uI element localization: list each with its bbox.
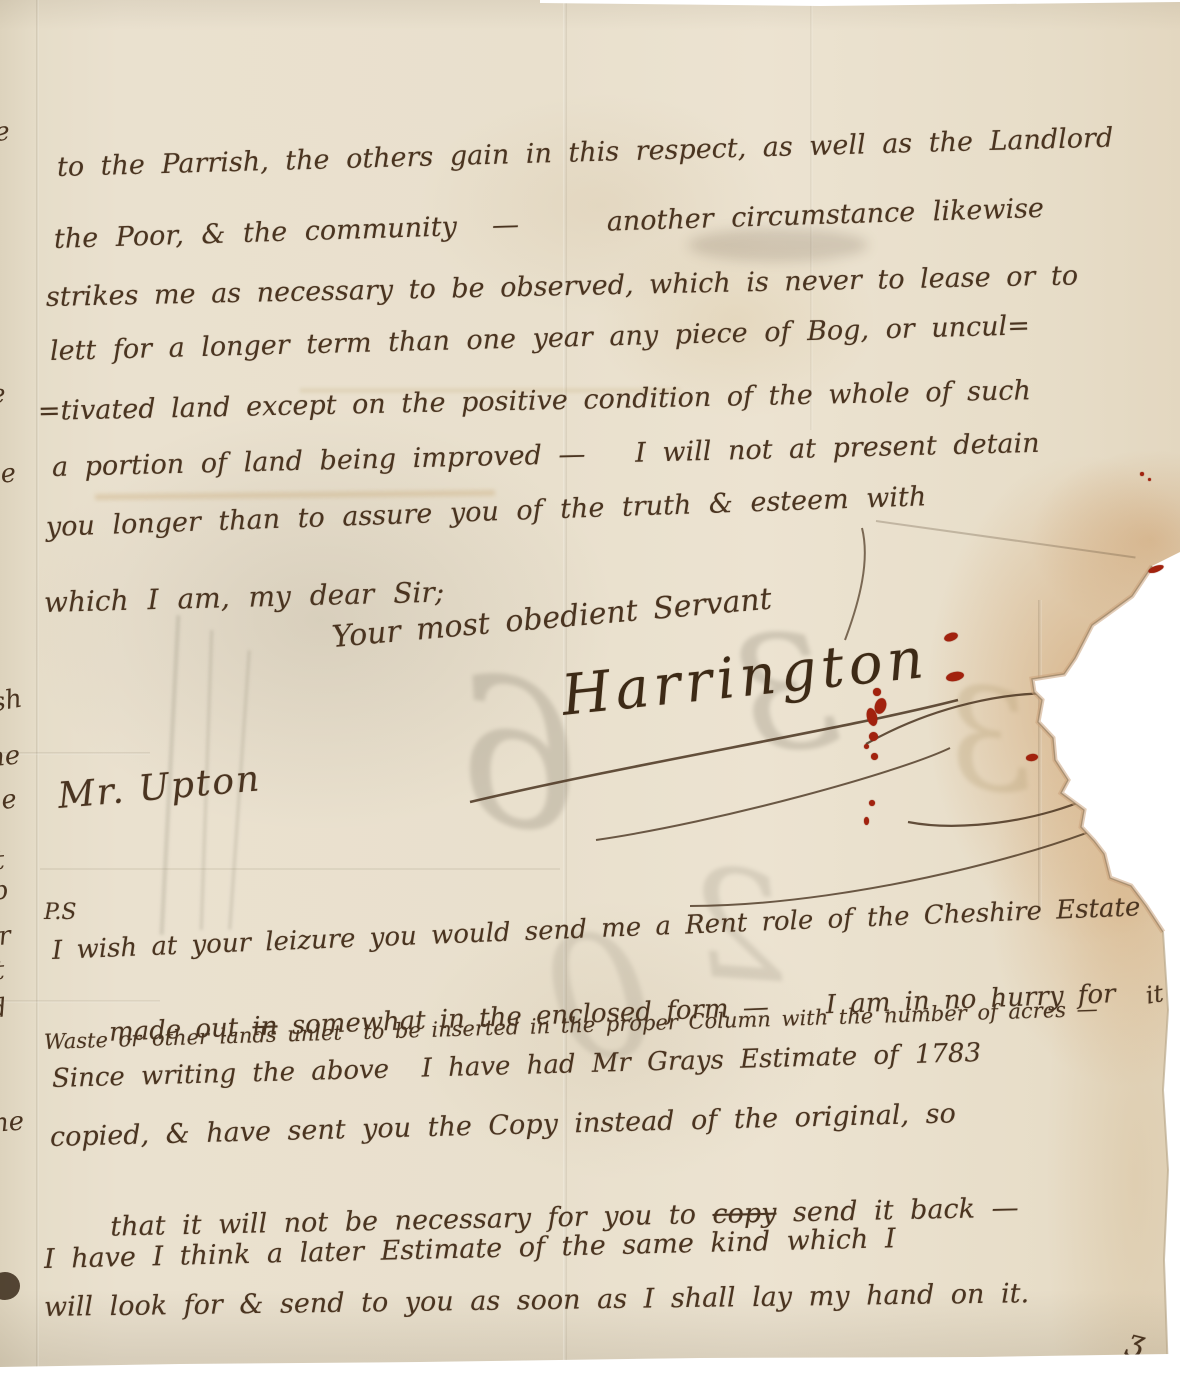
wax-spot (1140, 472, 1144, 476)
letter-scan: 6 3 2 0 3 to the Parrish, the others gai… (0, 0, 1180, 1374)
edge-fragment: me (0, 1106, 25, 1139)
wax-spot (869, 800, 875, 806)
postscript-label: P.S (44, 900, 76, 925)
ps-text: send it back — (776, 1193, 1019, 1229)
wax-spot (871, 753, 878, 760)
wax-spot (869, 732, 878, 741)
wax-spot (873, 688, 881, 696)
edge-fragment: ne (0, 740, 22, 773)
wax-spot (1148, 478, 1151, 481)
wax-spot (864, 817, 869, 825)
wax-spot (864, 744, 869, 749)
struck-word: copy (712, 1198, 777, 1230)
